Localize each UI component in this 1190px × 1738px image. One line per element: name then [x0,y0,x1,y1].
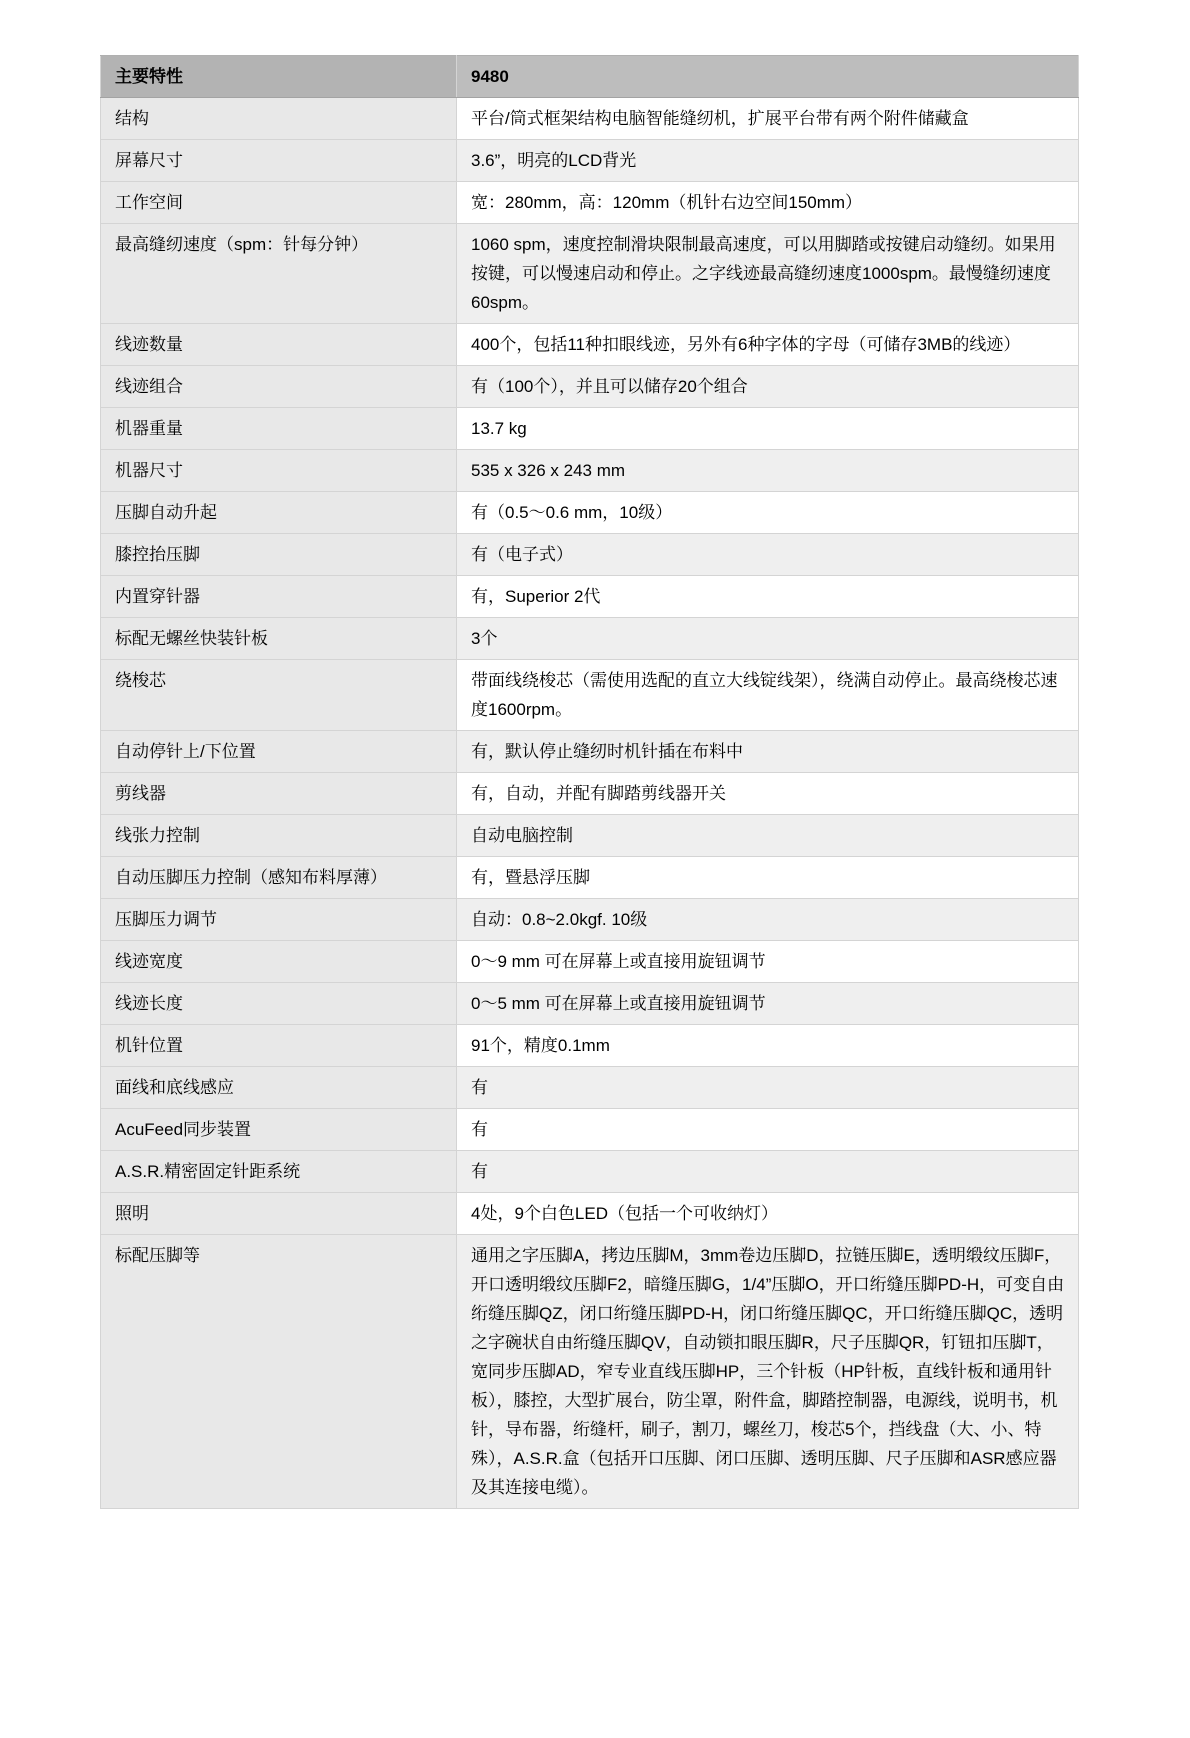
spec-value: 3.6”，明亮的LCD背光 [457,140,1079,182]
header-row: 主要特性 9480 [101,56,1079,98]
spec-label: 线迹宽度 [101,941,457,983]
table-row: 最高缝纫速度（spm：针每分钟） 1060 spm，速度控制滑块限制最高速度，可… [101,224,1079,324]
table-row: 压脚压力调节 自动：0.8~2.0kgf. 10级 [101,899,1079,941]
spec-value: 1060 spm，速度控制滑块限制最高速度，可以用脚踏或按键启动缝纫。如果用按键… [457,224,1079,324]
spec-value: 有，自动，并配有脚踏剪线器开关 [457,773,1079,815]
spec-value: 带面线绕梭芯（需使用选配的直立大线锭线架），绕满自动停止。最高绕梭芯速度1600… [457,660,1079,731]
spec-table-body: 结构 平台/筒式框架结构电脑智能缝纫机，扩展平台带有两个附件储藏盒 屏幕尺寸 3… [101,98,1079,1509]
spec-value: 91个，精度0.1mm [457,1025,1079,1067]
spec-label: 线迹组合 [101,366,457,408]
spec-label: 面线和底线感应 [101,1067,457,1109]
spec-label: 剪线器 [101,773,457,815]
spec-value: 有，默认停止缝纫时机针插在布料中 [457,731,1079,773]
header-model-cell: 9480 [457,56,1079,98]
table-row: 工作空间 宽：280mm，高：120mm（机针右边空间150mm） [101,182,1079,224]
spec-value: 3个 [457,618,1079,660]
spec-label: 线迹长度 [101,983,457,1025]
spec-value: 有，暨悬浮压脚 [457,857,1079,899]
spec-value: 有 [457,1151,1079,1193]
spec-table-header: 主要特性 9480 [101,56,1079,98]
spec-label: 内置穿针器 [101,576,457,618]
spec-value: 有（100个），并且可以储存20个组合 [457,366,1079,408]
spec-label: 工作空间 [101,182,457,224]
spec-label: AcuFeed同步装置 [101,1109,457,1151]
spec-label: 机器尺寸 [101,450,457,492]
spec-label: 结构 [101,98,457,140]
table-row: 自动停针上/下位置 有，默认停止缝纫时机针插在布料中 [101,731,1079,773]
spec-value: 535 x 326 x 243 mm [457,450,1079,492]
spec-label: 屏幕尺寸 [101,140,457,182]
table-row: 压脚自动升起 有（0.5～0.6 mm，10级） [101,492,1079,534]
spec-value: 13.7 kg [457,408,1079,450]
table-row: 线迹数量 400个，包括11种扣眼线迹，另外有6种字体的字母（可储存3MB的线迹… [101,324,1079,366]
spec-value: 自动：0.8~2.0kgf. 10级 [457,899,1079,941]
table-row: 结构 平台/筒式框架结构电脑智能缝纫机，扩展平台带有两个附件储藏盒 [101,98,1079,140]
spec-value: 自动电脑控制 [457,815,1079,857]
spec-label: 最高缝纫速度（spm：针每分钟） [101,224,457,324]
table-row: 绕梭芯 带面线绕梭芯（需使用选配的直立大线锭线架），绕满自动停止。最高绕梭芯速度… [101,660,1079,731]
spec-value: 有 [457,1109,1079,1151]
spec-value: 有（电子式） [457,534,1079,576]
table-row: 线迹长度 0～5 mm 可在屏幕上或直接用旋钮调节 [101,983,1079,1025]
spec-value: 4处，9个白色LED（包括一个可收纳灯） [457,1193,1079,1235]
spec-value: 有（0.5～0.6 mm，10级） [457,492,1079,534]
spec-label: 机器重量 [101,408,457,450]
table-row: 自动压脚压力控制（感知布料厚薄） 有，暨悬浮压脚 [101,857,1079,899]
spec-value: 宽：280mm，高：120mm（机针右边空间150mm） [457,182,1079,224]
table-row: 机器尺寸 535 x 326 x 243 mm [101,450,1079,492]
table-row: 剪线器 有，自动，并配有脚踏剪线器开关 [101,773,1079,815]
spec-label: 膝控抬压脚 [101,534,457,576]
spec-label: 自动压脚压力控制（感知布料厚薄） [101,857,457,899]
spec-label: A.S.R.精密固定针距系统 [101,1151,457,1193]
spec-label: 线迹数量 [101,324,457,366]
table-row: 照明 4处，9个白色LED（包括一个可收纳灯） [101,1193,1079,1235]
table-row: 机器重量 13.7 kg [101,408,1079,450]
table-row: 屏幕尺寸 3.6”，明亮的LCD背光 [101,140,1079,182]
spec-value: 平台/筒式框架结构电脑智能缝纫机，扩展平台带有两个附件储藏盒 [457,98,1079,140]
spec-label: 标配压脚等 [101,1235,457,1509]
table-row: 机针位置 91个，精度0.1mm [101,1025,1079,1067]
table-row: A.S.R.精密固定针距系统 有 [101,1151,1079,1193]
spec-value: 0～9 mm 可在屏幕上或直接用旋钮调节 [457,941,1079,983]
spec-label: 照明 [101,1193,457,1235]
spec-label: 线张力控制 [101,815,457,857]
table-row: 面线和底线感应 有 [101,1067,1079,1109]
spec-label: 压脚压力调节 [101,899,457,941]
spec-label: 机针位置 [101,1025,457,1067]
spec-label: 自动停针上/下位置 [101,731,457,773]
spec-table: 主要特性 9480 结构 平台/筒式框架结构电脑智能缝纫机，扩展平台带有两个附件… [100,55,1079,1509]
spec-label: 标配无螺丝快装针板 [101,618,457,660]
table-row: 标配压脚等 通用之字压脚A，拷边压脚M，3mm卷边压脚D，拉链压脚E，透明缎纹压… [101,1235,1079,1509]
table-row: 线迹宽度 0～9 mm 可在屏幕上或直接用旋钮调节 [101,941,1079,983]
table-row: 膝控抬压脚 有（电子式） [101,534,1079,576]
spec-label: 绕梭芯 [101,660,457,731]
spec-value: 有 [457,1067,1079,1109]
spec-value: 400个，包括11种扣眼线迹，另外有6种字体的字母（可储存3MB的线迹） [457,324,1079,366]
table-row: AcuFeed同步装置 有 [101,1109,1079,1151]
spec-label: 压脚自动升起 [101,492,457,534]
table-row: 线迹组合 有（100个），并且可以储存20个组合 [101,366,1079,408]
spec-value: 通用之字压脚A，拷边压脚M，3mm卷边压脚D，拉链压脚E，透明缎纹压脚F，开口透… [457,1235,1079,1509]
spec-value: 0～5 mm 可在屏幕上或直接用旋钮调节 [457,983,1079,1025]
table-row: 标配无螺丝快装针板 3个 [101,618,1079,660]
table-row: 线张力控制 自动电脑控制 [101,815,1079,857]
table-row: 内置穿针器 有，Superior 2代 [101,576,1079,618]
header-feature-cell: 主要特性 [101,56,457,98]
spec-value: 有，Superior 2代 [457,576,1079,618]
